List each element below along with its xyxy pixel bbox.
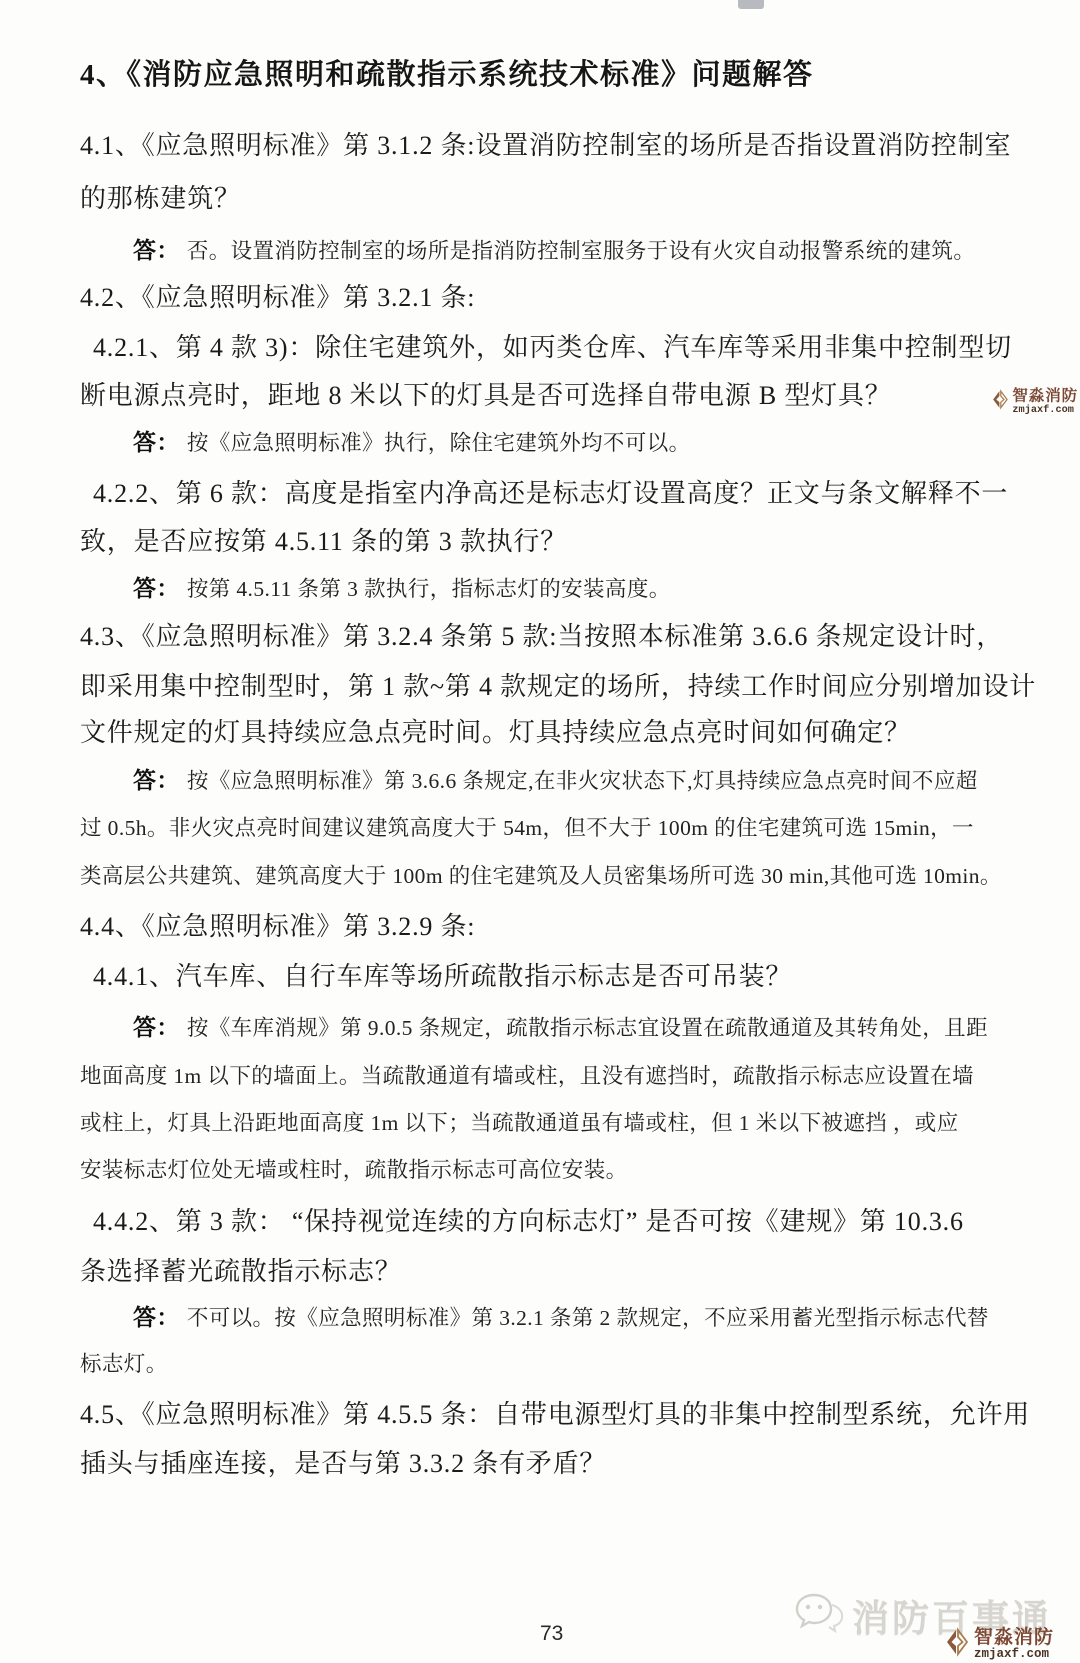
line-a4-4-1d: 安装标志灯位处无墙或柱时，疏散指示标志可高位安装。 [80,1153,628,1184]
answer-text: 否。设置消防控制室的场所是指消防控制室服务于设有火灾自动报警系统的建筑。 [187,239,975,263]
line-q4-4: 4.4、《应急照明标准》第 3.2.9 条: [80,906,475,943]
answer-text: 不可以。按《应急照明标准》第 3.2.1 条第 2 款规定，不应采用蓄光型指示标… [187,1306,989,1330]
line-q4-2: 4.2、《应急照明标准》第 3.2.1 条: [80,277,475,314]
line-q4-2-2: 4.2.2、第 6 款：高度是指室内净高还是标志灯设置高度？正文与条文解释不一 [93,473,1008,510]
line-q4-5b: 插头与插座连接，是否与第 3.3.2 条有矛盾？ [80,1443,606,1480]
answer-label: 答： [133,1305,180,1330]
line-q4-3: 4.3、《应急照明标准》第 3.2.4 条第 5 款:当按照本标准第 3.6.6… [80,616,1003,653]
page-number: 73 [540,1622,600,1646]
wechat-bubble-icon [794,1591,846,1640]
line-q4-1: 4.1、《应急照明标准》第 3.1.2 条:设置消防控制室的场所是否指设置消防控… [80,125,1011,162]
answer-label: 答： [133,1015,180,1040]
answer-label: 答： [133,576,180,601]
line-q4-4-2b: 条选择蓄光疏散指示标志？ [80,1251,402,1288]
line-q4-2-1b: 断电源点亮时，距地 8 米以下的灯具是否可选择自带电源 B 型灯具？ [80,375,892,412]
answer-text: 按第 4.5.11 条第 3 款执行，指标志灯的安装高度。 [187,577,671,601]
brand-site: zmjaxf.com [974,1648,1054,1661]
line-q4-3b: 即采用集中控制型时，第 1 款~第 4 款规定的场所，持续工作时间应分别增加设计 [80,666,1036,703]
line-a4-3c: 类高层公共建筑、建筑高度大于 100m 的住宅建筑及人员密集场所可选 30 mi… [80,859,1002,890]
answer-text: 按《车库消规》第 9.0.5 条规定，疏散指示标志宜设置在疏散通道及其转角处，且… [187,1016,988,1040]
line-q4-1b: 的那栋建筑？ [80,178,241,215]
line-a4-4-1b: 地面高度 1m 以下的墙面上。当疏散通道有墙或柱，且没有遮挡时，疏散指示标志应设… [80,1059,974,1090]
line-q4-3c: 文件规定的灯具持续应急点亮时间。灯具持续应急点亮时间如何确定？ [80,712,911,749]
line-q4-4-2: 4.4.2、第 3 款： “保持视觉连续的方向标志灯” 是否可按《建规》第 10… [93,1201,964,1238]
brand-diamond-icon [991,389,1009,414]
page-title: 4、《消防应急照明和疏散指示系统技术标准》问题解答 [80,52,814,93]
brand-badge: 智淼消防 zmjaxf.com [944,1627,1054,1662]
line-a4-4-2b: 标志灯。 [80,1347,168,1378]
line-a4-1: 答：否。设置消防控制室的场所是指消防控制室服务于设有火灾自动报警系统的建筑。 [133,232,975,265]
brand-site: zmjaxf.com [1012,404,1078,415]
brand-diamond-icon [944,1627,970,1662]
line-a4-4-1c: 或柱上，灯具上沿距地面高度 1m 以下；当疏散通道虽有墙或柱，但 1 米以下被遮… [80,1106,959,1137]
line-q4-4-1: 4.4.1、汽车库、自行车库等场所疏散指示标志是否可吊装？ [93,956,792,993]
line-a4-3: 答：按《应急照明标准》第 3.6.6 条规定,在非火灾状态下,灯具持续应急点亮时… [133,762,978,795]
brand-badge-side: 智淼消防 zmjaxf.com [991,388,1078,415]
answer-text: 按《应急照明标准》执行，除住宅建筑外均不可以。 [187,431,691,455]
line-a4-2-1: 答：按《应急照明标准》执行，除住宅建筑外均不可以。 [133,424,691,457]
line-q4-2-1: 4.2.1、第 4 款 3)：除住宅建筑外，如丙类仓库、汽车库等采用非集中控制型… [93,327,1012,364]
line-q4-5: 4.5、《应急照明标准》第 4.5.5 条：自带电源型灯具的非集中控制型系统，允… [80,1394,1030,1431]
brand-name: 智淼消防 [1012,388,1078,404]
line-a4-2-2: 答：按第 4.5.11 条第 3 款执行，指标志灯的安装高度。 [133,570,671,603]
answer-label: 答： [133,768,180,793]
answer-label: 答： [133,238,180,263]
line-q4-2-2b: 致，是否应按第 4.5.11 条的第 3 款执行？ [80,521,567,558]
answer-text: 按《应急照明标准》第 3.6.6 条规定,在非火灾状态下,灯具持续应急点亮时间不… [187,769,978,793]
line-a4-4-1: 答：按《车库消规》第 9.0.5 条规定，疏散指示标志宜设置在疏散通道及其转角处… [133,1009,988,1042]
brand-name: 智淼消防 [974,1628,1054,1648]
scan-artifact [738,0,764,9]
line-a4-3b: 过 0.5h。非火灾点亮时间建议建筑高度大于 54m，但不大于 100m 的住宅… [80,811,974,842]
document-page: 4、《消防应急照明和疏散指示系统技术标准》问题解答 4.1、《应急照明标准》第 … [0,0,1080,1663]
line-a4-4-2: 答：不可以。按《应急照明标准》第 3.2.1 条第 2 款规定，不应采用蓄光型指… [133,1299,989,1332]
answer-label: 答： [133,430,180,455]
